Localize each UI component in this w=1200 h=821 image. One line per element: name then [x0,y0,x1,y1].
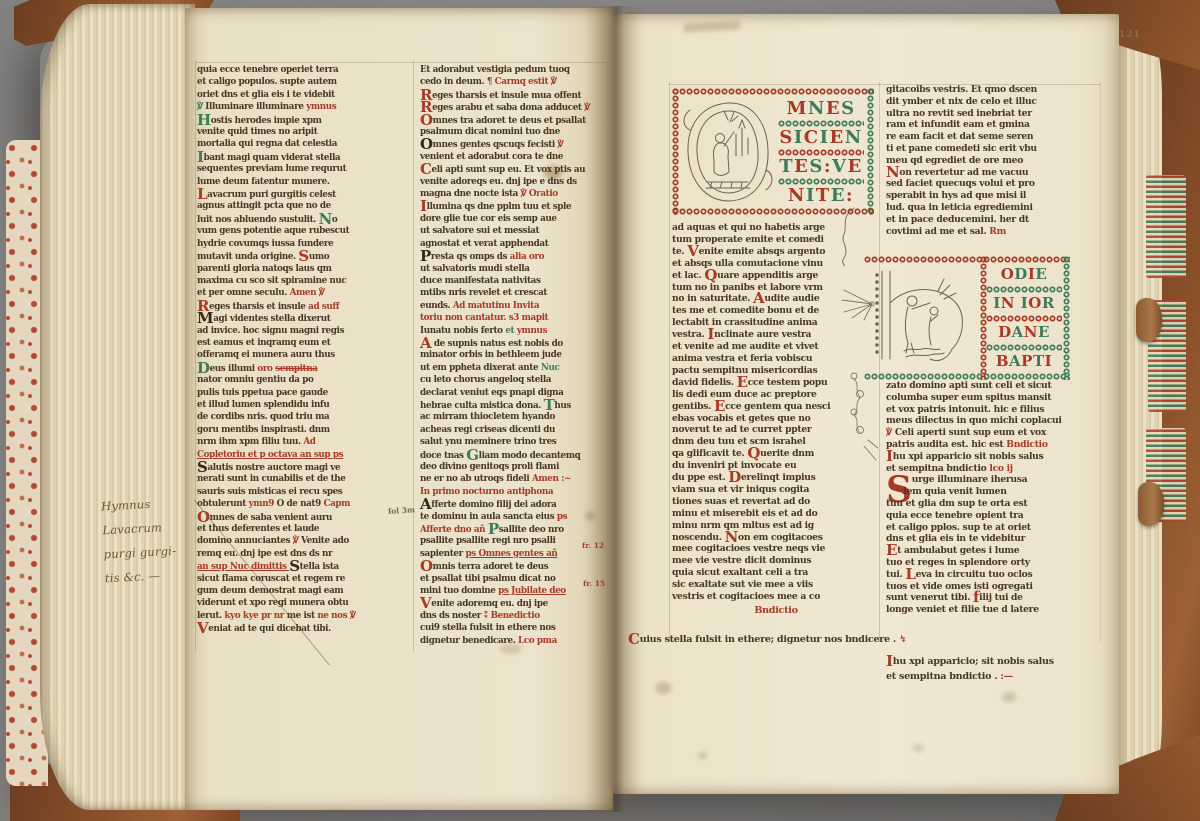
text-line: Copletoriu et p octava an sup ps [197,449,410,461]
left-page-column-1: quia ecce tenebre operiet terraet caligo… [197,64,410,635]
display-capital-row: SICIEN [778,127,864,148]
pen-drawing-initial-h-baptism [868,265,980,369]
text-line: gentibs. Ecce gentem qua nesci [672,401,880,413]
text-line: Veniat ad te qui dicebat tibi. [197,622,410,634]
text-line: salut ynu meminere trino tres [420,436,610,448]
chain-border [1063,256,1070,380]
text-line: an sup Nuc dimittis Stella ista [197,560,410,572]
text-line: cedo in deum. ¶ Carmq estit ℣ [420,76,610,88]
text-line: ut salvatore sui et messiat [420,225,610,237]
text-line: ti et pane comedeti sic erit vbu [886,143,1100,155]
fore-edge-tab-upper [1136,298,1162,342]
ruling-line [195,62,608,63]
text-line: Reges arabu et saba dona adducet ℣ [420,101,610,113]
text-line: et vox patris intonuit. hic e filius [886,404,1100,416]
text-line: noscendu. Non em cogitacoes [672,532,880,544]
text-line: de cordibs nris. quod triu ma [197,411,410,423]
display-capital-row: IN IOR [986,293,1062,314]
text-line: Salutis nostre auctore magi ve [197,461,410,473]
text-line: ne er no ab utroqs fideli Amen :~ [420,473,610,485]
text-line: Afferte domino filij dei adora [420,498,610,510]
text-line: ℣ Illuminare illuminare ymnus [197,101,410,113]
text-line: qa glificavit te. Querite dnm [672,448,880,460]
bottom-benediction-line: et sempitna bndictio . :— [886,670,1106,684]
chain-border [778,149,864,156]
text-line: remq eu. dnj ipe est dns ds nr [197,548,410,560]
text-line: viam sua et vir iniqus cogita [672,484,880,496]
text-line: pulis tuis ppetua pace gaude [197,387,410,399]
text-line: et venite ad me audite et vivet [672,341,880,353]
text-line: quia ecce tenebre operiet terra [197,64,410,76]
right-page-column-2-lower: zato domino apti sunt celi et sicutcolum… [886,380,1100,616]
text-line: cu leto chorus angeloq stella [420,374,610,386]
text-line: covtimi ad me et sal. Rm [886,226,1100,238]
bottom-benediction-line: Ihu xpi apparicio; sit nobis salus [886,654,1106,668]
chain-border [986,315,1062,322]
text-line: psallite psallite regi nro psalli [420,535,610,547]
text-line: dns et glia eis in te videbitur [886,533,1100,545]
text-line: magna dne nocte ista ℣ Oratio [420,188,610,200]
text-line: goru mentibs inspirasti. dnm [197,424,410,436]
text-line: du ppe est. Derelinqt impius [672,472,880,484]
text-line: Venite adoremq eu. dnj ipe [420,597,610,609]
display-capital-row: TES:VE [778,156,864,177]
text-line: In primo nocturno antiphona [420,486,610,498]
text-line: minu nrm qm mltus est ad ig [672,520,880,532]
text-line: lud. qua in leticia egrediemini [886,202,1100,214]
text-line: oriet dns et glia eis i te videbit [197,89,410,101]
parchment-stain [912,744,924,752]
text-line: tum properate emite et comedi [672,234,880,246]
text-line: dore glie tue cor eis semp aue [420,213,610,225]
text-line: Omnes gentes qscuqs fecisti ℣ [420,138,610,150]
chain-border [672,88,679,215]
text-line: gum deum demostrat magi eam [197,585,410,597]
text-line: venite quid times no aripit [197,126,410,138]
display-capital-row: MNES [778,98,864,119]
display-capitals-hodie: ODIEIN IORDANEBAPTI [986,264,1062,380]
text-line: ultra no revtit sed inebriat ter [886,108,1100,120]
text-line: Deus illumi oro sempitna [197,362,410,374]
text-line: venient et adorabut cora te dne [420,151,610,163]
text-line: meus dilectus in quo michi coplacui [886,415,1100,427]
text-line: Bndictio [672,604,880,618]
chain-border [986,344,1062,351]
text-line: ut em ppheta dixerat ante Nuc [420,362,610,374]
text-line: ebas vocabis et getes que no [672,413,880,425]
text-line: ad invice. hoc signu magni regis [197,325,410,337]
text-line: hebrae culta mistica dona. Thus [420,399,610,411]
text-line: tui. Leva in circuitu tuo oclos [886,569,1100,581]
text-line: domino annuciantes ℣ Venite ado [197,535,410,547]
text-line: ℣ Celi aperti sunt sup eum et vox [886,427,1100,439]
display-capitals-omnes: MNESSICIENTES:VENITE: [778,98,864,214]
text-line: Ibant magi quam viderat stella [197,151,410,163]
text-line: sequentes previam lume requrut [197,163,410,175]
text-line: dit ymber et nix de celo et illuc [886,96,1100,108]
text-line: minator orbis in bethleem jude [420,349,610,361]
text-line: Surge illuminare iherusa [886,474,1100,486]
right-page-column-1: ad aquas et qui no habetis argetum prope… [672,222,880,603]
text-line: vestris et cogitacioes mee a co [672,591,880,603]
text-line: sapienter ps Omnes gentes añ [420,548,610,560]
text-line: est eamus et inqramq eum et [197,337,410,349]
illuminated-initial-block-omnes: MNESSICIENTES:VENITE: [672,88,874,215]
text-line: doce tnas Gliam modo decantemq [420,449,610,461]
text-line: agnus attingit pcta que no de [197,200,410,212]
text-line: patris audita est. hic est Bndictio [886,439,1100,451]
text-line: Cuius stella fulsit in ethere; dignetur … [628,632,1048,647]
text-line: venite adoreqs eu. dnj ipe e dns ds [420,176,610,188]
text-line: te dominu in aula sancta eius ps [420,511,610,523]
text-line: te. Venite emite absqs argento [672,246,880,258]
text-line: lerut. kyo kye pr nr me ist ne nos ℣ [197,610,410,622]
text-line: Magi videntes stella dixerut [197,312,410,324]
text-line: mini tuo domine ps Jubilate deo [420,585,610,597]
text-line: Non revertetur ad me vacuu [886,167,1100,179]
text-line: Afferte dno añ Psallite deo nro [420,523,610,535]
text-line: vestra. Inclinate aure vestra [672,329,880,341]
text-line: Reges tharsis et insule mua offent [420,89,610,101]
text-line: offeramq ei munera auru thus [197,349,410,361]
text-line: tes me et comedite bonu et de [672,305,880,317]
text-line: A de supnis natus est nobis do [420,337,610,349]
text-line: Presta qs omps ds alia oro [420,250,610,262]
text-line: anima vestra et feria vobiscu [672,353,880,365]
text-line: dns ds noster ⁑ Benedictio [420,610,610,622]
ruling-line [413,60,414,652]
ruling-line [1100,82,1101,642]
text-line: tuos et vide omes isti ogregati [886,581,1100,593]
text-line: mortalia qui regna dat celestia [197,138,410,150]
left-page-column-2: Et adorabut vestigia pedum tuoqcedo in d… [420,64,610,647]
text-line: columba super eum spitus mansit [886,392,1100,404]
text-line: mee vie vestre dicit dominus [672,555,880,567]
text-line: Reges tharsis et insule ad suff [197,300,410,312]
text-line: no in saturitate. Audite audie [672,293,880,305]
right-page-column-2-upper: gitacoibs vestris. Et qmo dscendit ymber… [886,84,1100,237]
parchment-stain [655,682,671,694]
text-line: meu qd egrediet de ore meo [886,155,1100,167]
text-line: Omnes tra adoret te deus et psallat [420,114,610,126]
text-line: tis &c. — [104,562,197,591]
text-line: sicut flama coruscat et regem re [197,573,410,585]
text-line: luit nos abluendo sustulit. No [197,213,410,225]
chain-border [864,256,1070,263]
text-line: ad aquas et qui no habetis arge [672,222,880,234]
chain-border [672,88,874,95]
text-line: et caligo populos. supte autem [197,76,410,88]
text-line: Lavacrum puri gurgitis celest [197,188,410,200]
benedictio-rubric: Bndictio [672,604,880,618]
text-line: noverut te ad te curret ppter [672,424,880,436]
text-line: toriu non cantatur. s3 mapit [420,312,610,324]
text-line: sic exaltate sut vie mee a viis [672,579,880,591]
text-line: tuu et glia dm sup te orta est [886,498,1100,510]
parchment-stain [1002,692,1016,702]
text-line: viderunt et xpo regi munera obtu [197,597,410,609]
text-line: et illud lumen splendidu infu [197,399,410,411]
text-line: dnm deu tuu et scm israhel [672,436,880,448]
text-line: mee cogitacioes vestre neqs vie [672,543,880,555]
margin-note-hymnus: HymnusLavacrumpurgi gurgi-tis &c. — [101,490,198,591]
text-line: duce manifestata nativitas [420,275,610,287]
text-line: lectabit in crassitudine anima [672,317,880,329]
text-line: lem quia venit lumen [886,486,1100,498]
text-line: minu et miserebit eis et ad do [672,508,880,520]
text-line: nator omniu gentiu da po [197,374,410,386]
text-line: quia ecce tenebre opient tra [886,510,1100,522]
text-line: sauris suis misticas ei recu spes [197,486,410,498]
text-line: declarat veniut eqs pnapi digna [420,387,610,399]
text-line: gitacoibs vestris. Et qmo dscen [886,84,1100,96]
page-block-left-edge [40,4,195,810]
text-line: zato domino apti sunt celi et sicut [886,380,1100,392]
text-line: cui9 stella fulsit in ethere nos [420,622,610,634]
text-line: tiones suas et revertat ad do [672,496,880,508]
display-capital-row: NITE: [778,185,864,206]
text-line: et lac. Quare appenditis arge [672,270,880,282]
text-line: agnostat et verat apphendat [420,238,610,250]
text-line: parenti gloria natoqs laus qm [197,263,410,275]
text-line: tuo et reges in splendore orty [886,557,1100,569]
text-line: pactu sempitnu misericordias [672,365,880,377]
text-line: obtulerunt ymn9 O de nat9 Capm [197,498,410,510]
text-line: sunt venerut tibi. filij tui de [886,592,1100,604]
text-line: et sempitna bndictio . :— [886,670,1106,684]
text-line: nerati sunt in cunabilis et de the [197,473,410,485]
display-capital-row: BAPTI [986,351,1062,372]
text-line: Iunatu nobis ferto et ymnus [420,325,610,337]
text-line: Ihu xpi apparicio; sit nobis salus [886,654,1106,668]
text-line: nrm ihm xpm filiu tuu. Ad [197,436,410,448]
decorated-fore-edge-1 [1146,175,1186,278]
text-line: eunds. Ad matutinu Invita [420,300,610,312]
folio-number: 121 [1119,30,1141,40]
text-line: Et adorabut vestigia pedum tuoq [420,64,610,76]
text-line: vum gens potentie aque rubescut [197,225,410,237]
chain-border [986,286,1062,293]
text-line: psalmum dicat nomini tuo dne [420,126,610,138]
text-line: mutavit unda origine. Sumo [197,250,410,262]
text-line: acheas regi criseas dicenti du [420,424,610,436]
text-line: ram et infundit eam et gmina [886,119,1100,131]
text-line: et thus deferentes et laude [197,523,410,535]
text-line: Celi apti sunt sup eu. Et vox ptis au [420,163,610,175]
text-line: Omnes de saba venient auru [197,511,410,523]
text-line: Et ambulabut getes i lume [886,545,1100,557]
text-line: du inveniri pt invocate eu [672,460,880,472]
text-line: Hostis herodes impie xpm [197,114,410,126]
text-line: tum no in panibs et labore vrm [672,282,880,294]
text-line: et in pace deducemini. her dt [886,214,1100,226]
chain-border [778,120,864,127]
illuminated-initial-block-hodie: ODIEIN IORDANEBAPTI [864,256,1070,380]
text-line: sperabit in hys ad que misi il [886,190,1100,202]
text-line: et psallat tibi psalmu dicat no [420,573,610,585]
text-line: lume deum fatentur munere. [197,176,410,188]
bottom-benediction-line: Cuius stella fulsit in ethere; dignetur … [628,632,1048,647]
text-line: Omnis terra adoret te deus [420,560,610,572]
text-line: deo divino genitoqs proli flami [420,461,610,473]
text-line: maxima cu sco sit spiramine nuc [197,275,410,287]
parchment-stain [698,752,707,759]
text-line: re eam facit et dat seme seren [886,131,1100,143]
text-line: et caligo pplos. sup te at oriet [886,522,1100,534]
text-line: ut salvatoris mudi stella [420,263,610,275]
display-capital-row: ODIE [986,264,1062,285]
text-line: et sempitna bndictio lco ij [886,463,1100,475]
text-line: Illumina qs dne pplm tuu et sple [420,200,610,212]
text-line: mtibs nris revelet et crescat [420,287,610,299]
chain-border [778,178,864,185]
fore-edge-tab-lower [1138,482,1164,526]
text-line: ac mirram thiocletem hyando [420,411,610,423]
text-line: sed faciet quecuqs volui et pro [886,178,1100,190]
text-line: Ihu xpi apparicio sit nobis salus [886,451,1100,463]
text-line: et per omne seculu. Amen ℣ [197,287,410,299]
ruling-line [669,82,670,642]
text-line: longe veniet et filie tue d latere [886,604,1100,616]
text-line: dignetur benedicare. Lco pma [420,635,610,647]
display-capital-row: DANE [986,322,1062,343]
chain-border [867,88,874,215]
text-line: quia sicut exaltant celi a tra [672,567,880,579]
text-line: lis dedi eum duce ac preptore [672,389,880,401]
manuscript-photo: 121 HymnusLavacrumpurgi gurgi-tis &c. — … [0,0,1200,821]
pen-drawing-initial-o [680,98,776,206]
text-line: david fidelis. Ecce testem popu [672,377,880,389]
